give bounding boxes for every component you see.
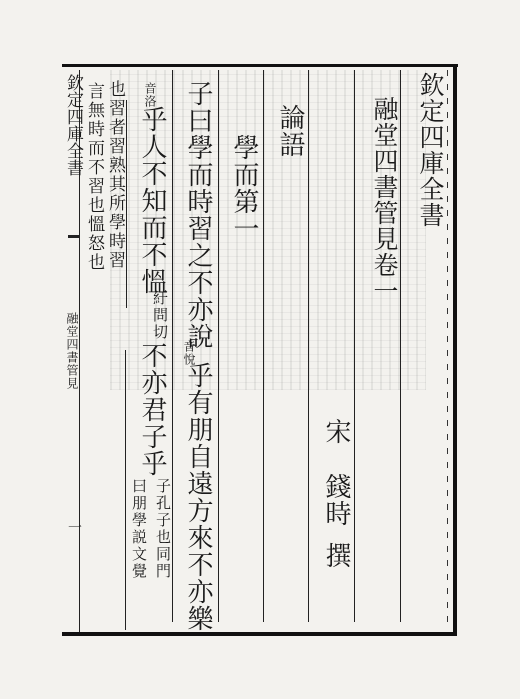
author-name: 錢時 (318, 473, 355, 527)
author-dynasty: 宋 (318, 418, 355, 445)
book-title: 融堂四書管見卷一 (366, 96, 402, 304)
series-title: 欽定四庫全書 (412, 72, 448, 228)
column-rule (263, 70, 264, 622)
chapter-heading: 論語 (272, 104, 309, 158)
commentary-1b: 曰朋學説文覺 (129, 478, 150, 580)
verse-2-pre-note: 音洛 (142, 82, 159, 108)
margin-book-short: 融堂四書管見 (64, 312, 81, 390)
verse-2-text-b: 不亦君子乎 (134, 342, 171, 477)
column-rule (218, 70, 219, 622)
verse-1-text-b: 乎有朋自遠方來不亦樂 (180, 362, 217, 632)
verse-1-text-a: 子曰學而時習之不亦說 (180, 80, 217, 350)
fishtail-mark (68, 235, 80, 238)
commentary-1a: 子孔子也同門 (153, 478, 174, 580)
margin-series-title: 欽定四庫全書 (61, 74, 86, 176)
column-rule (125, 350, 126, 630)
section-heading: 學而第一 (226, 134, 263, 242)
frame-top-border (62, 64, 458, 67)
verse-2-text-a: 乎人不知而不慍 (134, 106, 171, 295)
frame-right-border (453, 64, 457, 636)
author-role: 撰 (318, 542, 355, 569)
verse-2-note: 紆問切 (150, 290, 171, 341)
column-rule (354, 70, 355, 622)
frame-bottom-border (62, 632, 457, 636)
margin-page-number: 一 (64, 520, 84, 535)
